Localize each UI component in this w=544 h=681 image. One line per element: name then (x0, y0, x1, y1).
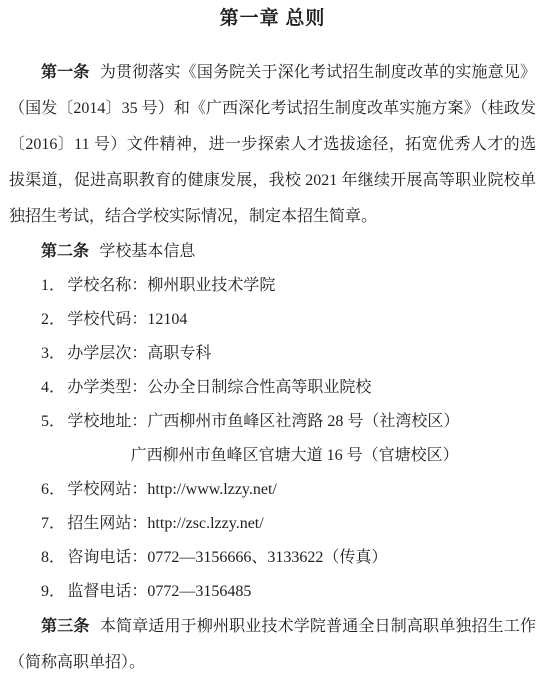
article-2: 第二条学校基本信息 (9, 235, 536, 269)
item-number: 7． (41, 515, 65, 532)
item-number: 9． (41, 583, 65, 600)
info-item-school-address-line2: 广西柳州市鱼峰区官塘大道 16 号（官塘校区） (9, 439, 536, 473)
info-item-school-website: 6．学校网站：http://www.lzzy.net/ (9, 473, 536, 507)
item-label: 咨询电话： (67, 549, 147, 566)
info-item-admissions-website: 7．招生网站：http://zsc.lzzy.net/ (9, 507, 536, 541)
chapter-title: 第一章 总则 (9, 4, 536, 34)
item-value: 公办全日制综合性高等职业院校 (147, 379, 371, 396)
info-item-education-level: 3．办学层次：高职专科 (9, 337, 536, 371)
item-number: 4． (41, 379, 65, 396)
item-label: 学校名称： (67, 277, 147, 294)
article-3: 第三条本简章适用于柳州职业技术学院普通全日制高职单独招生工作（简称高职单招）。 (9, 609, 536, 681)
info-item-school-code: 2．学校代码：12104 (9, 303, 536, 337)
item-value: 柳州职业技术学院 (147, 277, 275, 294)
info-item-school-name: 1．学校名称：柳州职业技术学院 (9, 269, 536, 303)
info-item-supervision-phone: 9．监督电话：0772—3156485 (9, 575, 536, 609)
info-item-school-address: 5．学校地址：广西柳州市鱼峰区社湾路 28 号（社湾校区） (9, 405, 536, 439)
item-number: 3． (41, 345, 65, 362)
article-2-text: 学校基本信息 (99, 243, 195, 260)
article-1-label: 第一条 (41, 64, 89, 81)
item-label: 办学层次： (67, 345, 147, 362)
article-1: 第一条为贯彻落实《国务院关于深化考试招生制度改革的实施意见》（国发〔2014〕3… (9, 55, 536, 235)
item-value: 高职专科 (147, 345, 211, 362)
item-number: 1． (41, 277, 65, 294)
info-item-school-type: 4．办学类型：公办全日制综合性高等职业院校 (9, 371, 536, 405)
item-value: 广西柳州市鱼峰区官塘大道 16 号（官塘校区） (131, 447, 459, 464)
item-label: 监督电话： (67, 583, 147, 600)
item-number: 2． (41, 311, 65, 328)
item-label: 学校网站： (67, 481, 147, 498)
item-label: 学校代码： (67, 311, 147, 328)
article-1-text: 为贯彻落实《国务院关于深化考试招生制度改革的实施意见》（国发〔2014〕35 号… (9, 64, 536, 225)
item-value: 0772—3156485 (147, 583, 251, 600)
document-page: 第一章 总则 第一条为贯彻落实《国务院关于深化考试招生制度改革的实施意见》（国发… (0, 0, 544, 681)
item-label: 办学类型： (67, 379, 147, 396)
item-value: 0772—3156666、3133622（传真） (147, 549, 387, 566)
item-value: http://zsc.lzzy.net/ (147, 515, 263, 532)
item-value: http://www.lzzy.net/ (147, 481, 276, 498)
item-number: 5． (41, 413, 65, 430)
item-label: 学校地址： (67, 413, 147, 430)
article-3-label: 第三条 (41, 618, 89, 635)
info-item-inquiry-phone: 8．咨询电话：0772—3156666、3133622（传真） (9, 541, 536, 575)
item-value: 广西柳州市鱼峰区社湾路 28 号（社湾校区） (147, 413, 459, 430)
item-value: 12104 (147, 311, 187, 328)
item-number: 8． (41, 549, 65, 566)
item-label: 招生网站： (67, 515, 147, 532)
article-2-label: 第二条 (41, 243, 89, 260)
item-number: 6． (41, 481, 65, 498)
